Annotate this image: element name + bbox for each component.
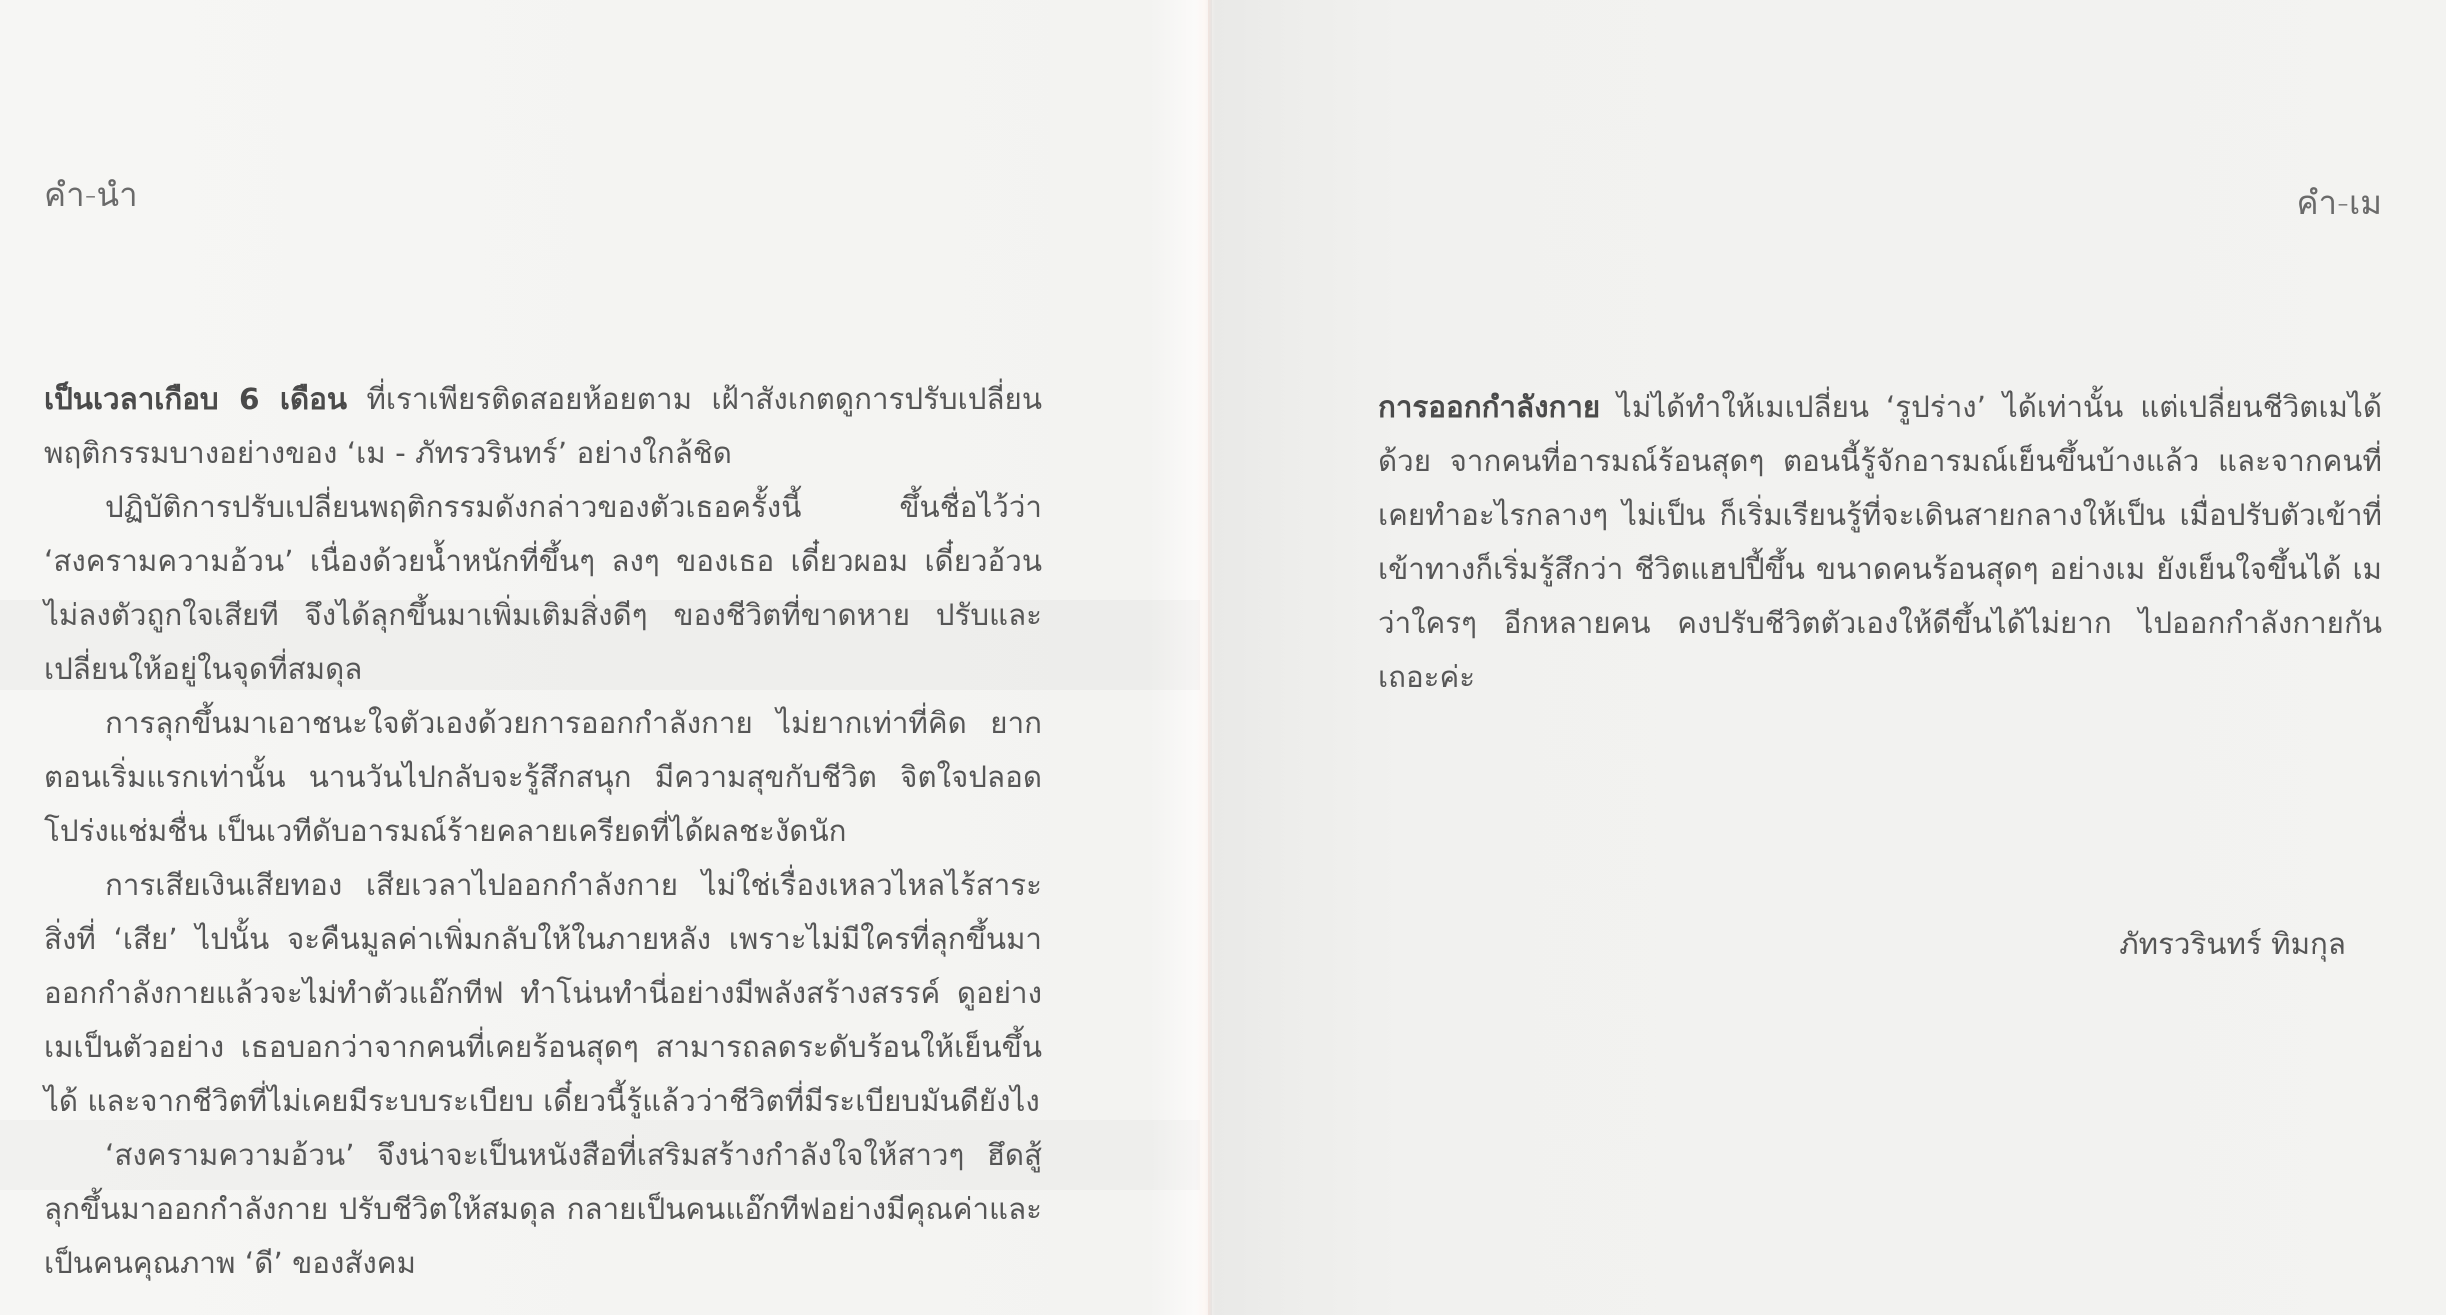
paragraph: ‘สงครามความอ้วน’ จึงน่าจะเป็นหนังสือที่เ… (44, 1128, 1042, 1290)
page-body: การออกกำลังกาย ไม่ได้ทำให้เมเปลี่ยน ‘รูป… (1378, 380, 2382, 704)
page-title: คำ-นำ (44, 168, 138, 221)
paragraph-lead-bold: เป็นเวลาเกือบ 6 เดือน (44, 382, 347, 416)
left-page-foreword: คำ-นำ เป็นเวลาเกือบ 6 เดือน ที่เราเพียรต… (0, 0, 1208, 1315)
paragraph: ปฏิบัติการปรับเปลี่ยนพฤติกรรมดังกล่าวของ… (44, 480, 1042, 696)
book-spread: คำ-นำ เป็นเวลาเกือบ 6 เดือน ที่เราเพียรต… (0, 0, 2446, 1315)
paragraph: การลุกขึ้นมาเอาชนะใจตัวเองด้วยการออกกำลั… (44, 696, 1042, 858)
page-body: เป็นเวลาเกือบ 6 เดือน ที่เราเพียรติดสอยห… (44, 372, 1042, 1290)
paragraph: การออกกำลังกาย ไม่ได้ทำให้เมเปลี่ยน ‘รูป… (1378, 380, 2382, 704)
page-title: คำ-เม (2296, 176, 2382, 229)
author-signature: ภัทรวรินทร์ ทิมกุล (2119, 920, 2346, 967)
right-page-author-note: คำ-เม การออกกำลังกาย ไม่ได้ทำให้เมเปลี่ย… (1212, 0, 2446, 1315)
paragraph-lead-bold: การออกกำลังกาย (1378, 390, 1600, 424)
paragraph: เป็นเวลาเกือบ 6 เดือน ที่เราเพียรติดสอยห… (44, 372, 1042, 480)
paragraph-text: ไม่ได้ทำให้เมเปลี่ยน ‘รูปร่าง’ ได้เท่านั… (1378, 390, 2382, 694)
paragraph: การเสียเงินเสียทอง เสียเวลาไปออกกำลังกาย… (44, 858, 1042, 1128)
